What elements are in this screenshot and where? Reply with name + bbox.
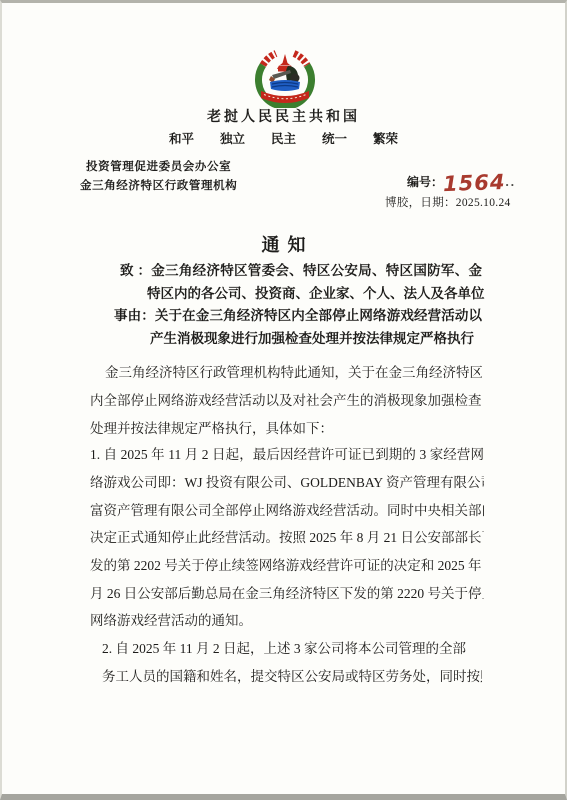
subject-line2: 产生消极现象进行加强检查处理并按法律规定严格执行 [150,327,474,350]
motto-word: 独立 [220,129,245,147]
body-line: 金三角经济特区行政管理机构特此通知，关于在金三角经济特区 [105,359,482,387]
issuer-office: 投资管理促进委员会办公室 金三角经济特区行政管理机构 [86,158,237,196]
recipients-line2: 特区内的各公司、投资商、企业家、个人、法人及各单位 [147,282,485,305]
country-title: 老挝人民民主共和国 [2,106,565,126]
laos-emblem-icon [254,48,316,108]
issuer-office-line2: 金三角经济特区行政管理机构 [80,177,237,196]
body-line: 富资产管理有限公司全部停止网络游戏经营活动。同时中央相关部门 [90,497,484,525]
notice-title: 通知 [2,231,565,257]
place-and-date: 博胶，日期：2025.10.24 [385,194,511,210]
motto-word: 民主 [271,129,296,147]
reference-row: 编号：1564.. [407,171,516,195]
motto-word: 统一 [322,129,347,147]
body-line: 网络游戏经营活动的通知。 [90,607,252,635]
body-line: 1. 自 2025 年 11 月 2 日起，最后因经营许可证已到期的 3 家经营… [90,441,484,469]
motto-word: 繁荣 [373,129,398,147]
body-line: 内全部停止网络游戏经营活动以及对社会产生的消极现象加强检查、 [90,387,482,415]
body-line: 月 26 日公安部后勤总局在金三角经济特区下发的第 2220 号关于停止 [90,580,484,608]
body-line: 2. 自 2025 年 11 月 2 日起，上述 3 家公司将本公司管理的全部 [102,635,466,663]
body-line: 发的第 2202 号关于停止续签网络游戏经营许可证的决定和 2025 年 8 [90,552,484,580]
body-line: 务工人员的国籍和姓名，提交特区公安局或特区劳务处，同时按照合 [102,663,482,691]
reference-number-handwritten: 1564 [443,170,506,196]
reference-dots: .. [505,174,516,189]
motto-word: 和平 [169,129,194,147]
national-motto: 和平 独立 民主 统一 繁荣 [2,129,565,147]
scanned-notice-page: 老挝人民民主共和国 和平 独立 民主 统一 繁荣 投资管理促进委员会办公室 金三… [0,0,567,800]
body-line: 处理并按法律规定严格执行，具体如下： [90,415,333,443]
recipients-line1: 致 ：金三角经济特区管委会、特区公安局、特区国防军、金三角经济 [120,259,482,282]
issuer-office-line1: 投资管理促进委员会办公室 [86,158,237,177]
body-line: 决定正式通知停止此经营活动。按照 2025 年 8 月 21 日公安部部长下 [90,524,484,552]
subject-line1: 事由：关于在金三角经济特区内全部停止网络游戏经营活动以及对社会 [114,304,482,327]
reference-label: 编号： [407,175,443,189]
body-line: 络游戏公司即：WJ 投资有限公司、GOLDENBAY 资产管理有限公司和丰 [90,469,484,497]
